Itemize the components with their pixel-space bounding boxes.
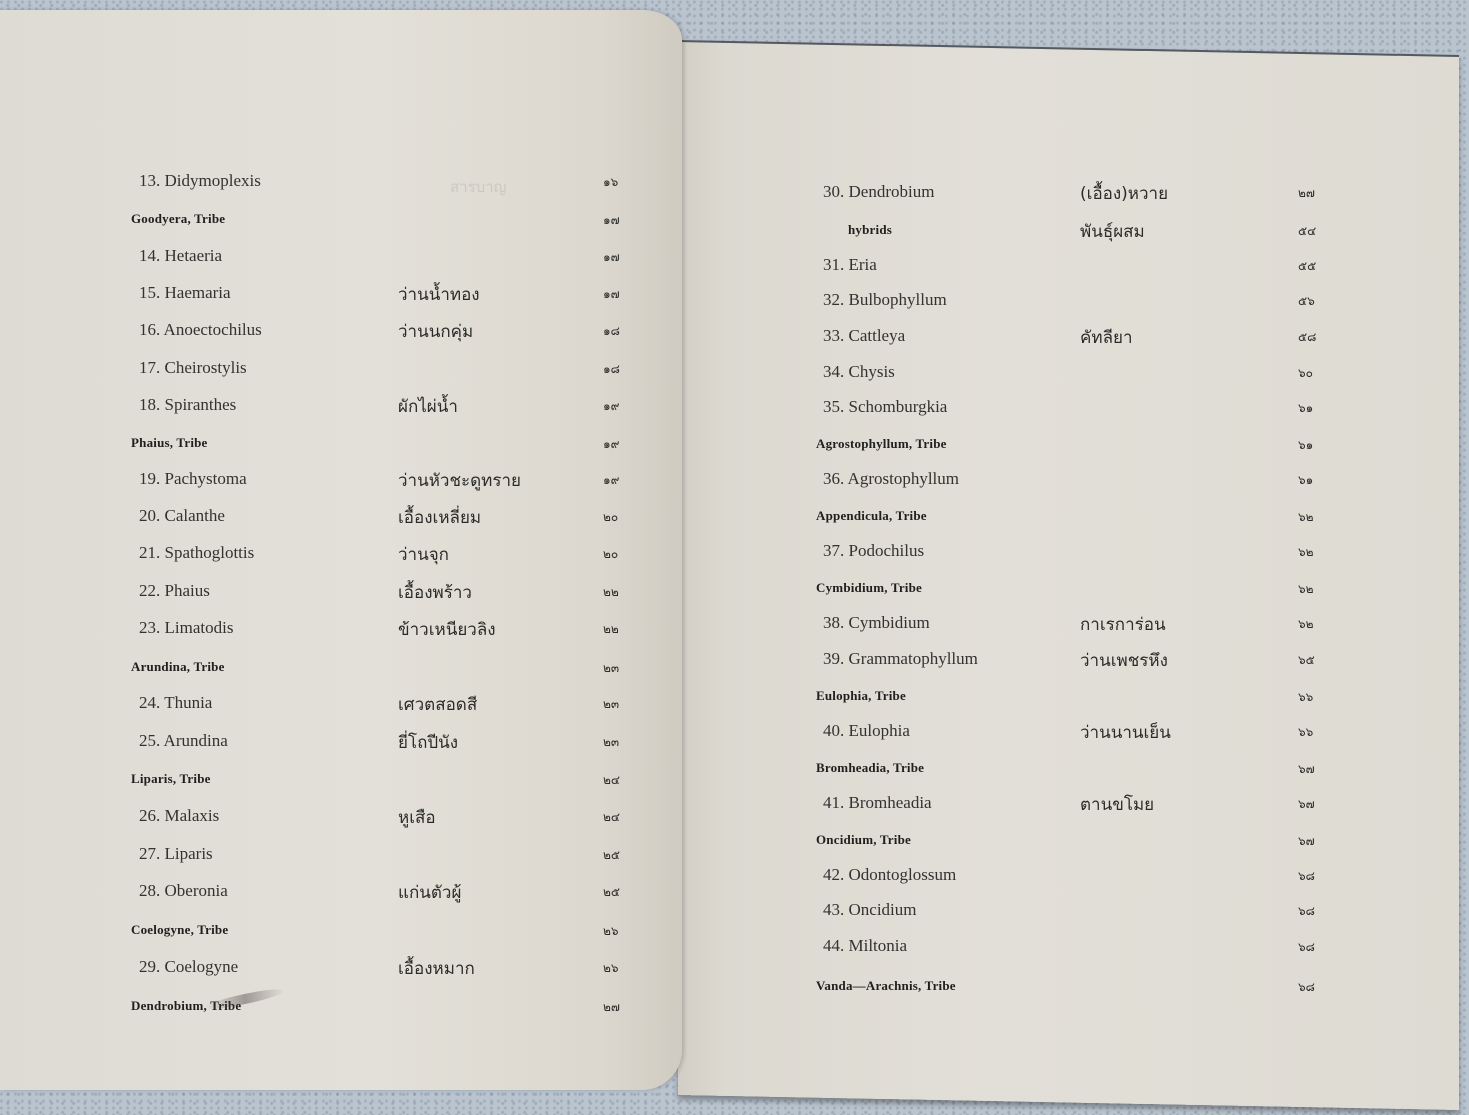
- genus-name: 17. Cheirostylis: [139, 358, 247, 378]
- thai-name: ว่านนานเย็น: [1080, 719, 1171, 746]
- page-number: ๖๘: [1298, 867, 1315, 886]
- genus-name: 23. Limatodis: [139, 618, 233, 638]
- thai-name: ว่านหัวชะดูทราย: [398, 467, 521, 494]
- page-number: ๑๗: [603, 211, 620, 230]
- genus-name: 30. Dendrobium: [823, 182, 934, 202]
- page-number: ๒๔: [603, 771, 620, 790]
- page-number: ๒๗: [1298, 184, 1315, 203]
- tribe-heading: Bromheadia, Tribe: [816, 760, 924, 776]
- thai-name: ตานขโมย: [1080, 791, 1154, 818]
- page-number: ๒๓: [603, 695, 619, 714]
- page-number: ๑๘: [603, 322, 620, 341]
- thai-name: หูเสือ: [398, 804, 436, 831]
- page-number: ๕๕: [1298, 257, 1316, 276]
- page-number: ๖๐: [1298, 364, 1313, 383]
- genus-name: 16. Anoectochilus: [139, 320, 262, 340]
- tribe-heading: Appendicula, Tribe: [816, 508, 927, 524]
- tribe-heading: Eulophia, Tribe: [816, 688, 906, 704]
- page-number: ๒๕: [603, 883, 620, 902]
- page-number: ๖๑: [1298, 436, 1313, 455]
- genus-name: 21. Spathoglottis: [139, 543, 254, 563]
- page-number: ๕๔: [1298, 222, 1316, 241]
- genus-name: 27. Liparis: [139, 844, 213, 864]
- left-page: สารบาญ 13. Didymoplexis๑๖Goodyera, Tribe…: [0, 10, 682, 1090]
- genus-name: 38. Cymbidium: [823, 613, 930, 633]
- thai-name: ว่านจุก: [398, 541, 449, 568]
- thai-name: ว่านเพชรหึง: [1080, 647, 1168, 674]
- thai-name: (เอื้อง)หวาย: [1080, 180, 1168, 207]
- genus-name: 14. Hetaeria: [139, 246, 222, 266]
- page-number: ๖๑: [1298, 399, 1313, 418]
- page-number: ๖๗: [1298, 760, 1315, 779]
- page-number: ๖๘: [1298, 902, 1315, 921]
- page-number: ๖๒: [1298, 580, 1314, 599]
- thai-name: ผักไผ่น้ำ: [398, 393, 458, 420]
- page-number: ๖๘: [1298, 938, 1315, 957]
- right-page: 30. Dendrobium(เอื้อง)หวาย๒๗hybridsพันธุ…: [678, 40, 1459, 1110]
- page-number: ๑๘: [603, 360, 620, 379]
- thai-name: เอื้องหมาก: [398, 955, 475, 982]
- tribe-heading: Vanda—Arachnis, Tribe: [816, 978, 956, 994]
- genus-name: 19. Pachystoma: [139, 469, 247, 489]
- page-number: ๑๙: [603, 397, 619, 416]
- tribe-heading: Goodyera, Tribe: [131, 211, 225, 227]
- page-number: ๑๙: [603, 471, 619, 490]
- page-number: ๖๖: [1298, 723, 1313, 742]
- page-number: ๑๗: [603, 285, 620, 304]
- page-number: ๑๖: [603, 173, 618, 192]
- genus-name: 13. Didymoplexis: [139, 171, 261, 191]
- genus-name: 25. Arundina: [139, 731, 228, 751]
- page-number: ๕๘: [1298, 328, 1316, 347]
- genus-name: 31. Eria: [823, 255, 877, 275]
- genus-name: 39. Grammatophyllum: [823, 649, 978, 669]
- thai-name: เอื้องเหลี่ยม: [398, 504, 481, 531]
- thai-name: ยี่โถปีนัง: [398, 729, 458, 756]
- page-number: ๒๓: [603, 659, 619, 678]
- genus-name: 20. Calanthe: [139, 506, 225, 526]
- genus-name: 43. Oncidium: [823, 900, 917, 920]
- page-number: ๒๒: [603, 583, 619, 602]
- page-number: ๖๕: [1298, 651, 1315, 670]
- page-number: ๒๒: [603, 620, 619, 639]
- page-number: ๖๘: [1298, 978, 1315, 997]
- genus-name: 37. Podochilus: [823, 541, 924, 561]
- tribe-heading: Phaius, Tribe: [131, 435, 208, 451]
- genus-name: 42. Odontoglossum: [823, 865, 956, 885]
- page-number: ๖๒: [1298, 543, 1314, 562]
- genus-name: 24. Thunia: [139, 693, 212, 713]
- genus-name: 44. Miltonia: [823, 936, 907, 956]
- page-number: ๖๖: [1298, 688, 1313, 707]
- page-number: ๒๗: [603, 998, 620, 1017]
- thai-name: ว่านนกคุ่ม: [398, 318, 473, 345]
- page-number: ๖๒: [1298, 508, 1314, 527]
- genus-name: 15. Haemaria: [139, 283, 231, 303]
- bleed-through-text: สารบาญ: [390, 170, 506, 207]
- thai-name: เศวตสอดสี: [398, 691, 477, 718]
- genus-name: 28. Oberonia: [139, 881, 228, 901]
- page-number: ๕๖: [1298, 292, 1315, 311]
- page-number: ๖๗: [1298, 832, 1315, 851]
- thai-name: ว่านน้ำทอง: [398, 281, 480, 308]
- page-number: ๑๙: [603, 435, 619, 454]
- page-number: ๒๕: [603, 846, 620, 865]
- genus-name: 34. Chysis: [823, 362, 895, 382]
- thai-name: แก่นตัวผู้: [398, 879, 461, 906]
- genus-name: 41. Bromheadia: [823, 793, 932, 813]
- tribe-heading: Agrostophyllum, Tribe: [816, 436, 947, 452]
- genus-name: 32. Bulbophyllum: [823, 290, 947, 310]
- page-number: ๖๒: [1298, 615, 1314, 634]
- tribe-heading: Oncidium, Tribe: [816, 832, 911, 848]
- genus-name: 26. Malaxis: [139, 806, 219, 826]
- page-number: ๒๐: [603, 508, 618, 527]
- page-number: ๒๖: [603, 959, 619, 978]
- tribe-heading: Coelogyne, Tribe: [131, 922, 228, 938]
- page-number: ๒๐: [603, 545, 618, 564]
- thai-name: พันธุ์ผสม: [1080, 218, 1145, 245]
- genus-name: 36. Agrostophyllum: [823, 469, 959, 489]
- genus-name: 33. Cattleya: [823, 326, 905, 346]
- thai-name: กาเรการ่อน: [1080, 611, 1166, 638]
- thai-name: ข้าวเหนียวลิง: [398, 616, 496, 643]
- page-number: ๑๗: [603, 248, 620, 267]
- thai-name: คัทลียา: [1080, 324, 1133, 351]
- tribe-heading: Arundina, Tribe: [131, 659, 225, 675]
- tribe-heading: Cymbidium, Tribe: [816, 580, 922, 596]
- genus-name: 22. Phaius: [139, 581, 210, 601]
- genus-name: 40. Eulophia: [823, 721, 910, 741]
- genus-name: 18. Spiranthes: [139, 395, 236, 415]
- tribe-heading: Liparis, Tribe: [131, 771, 211, 787]
- thai-name: เอื้องพร้าว: [398, 579, 472, 606]
- page-number: ๖๗: [1298, 795, 1315, 814]
- page-number: ๒๖: [603, 922, 619, 941]
- page-number: ๒๔: [603, 808, 620, 827]
- subheading: hybrids: [848, 222, 892, 238]
- page-number: ๒๓: [603, 733, 619, 752]
- genus-name: 29. Coelogyne: [139, 957, 238, 977]
- page-number: ๖๑: [1298, 471, 1313, 490]
- genus-name: 35. Schomburgkia: [823, 397, 947, 417]
